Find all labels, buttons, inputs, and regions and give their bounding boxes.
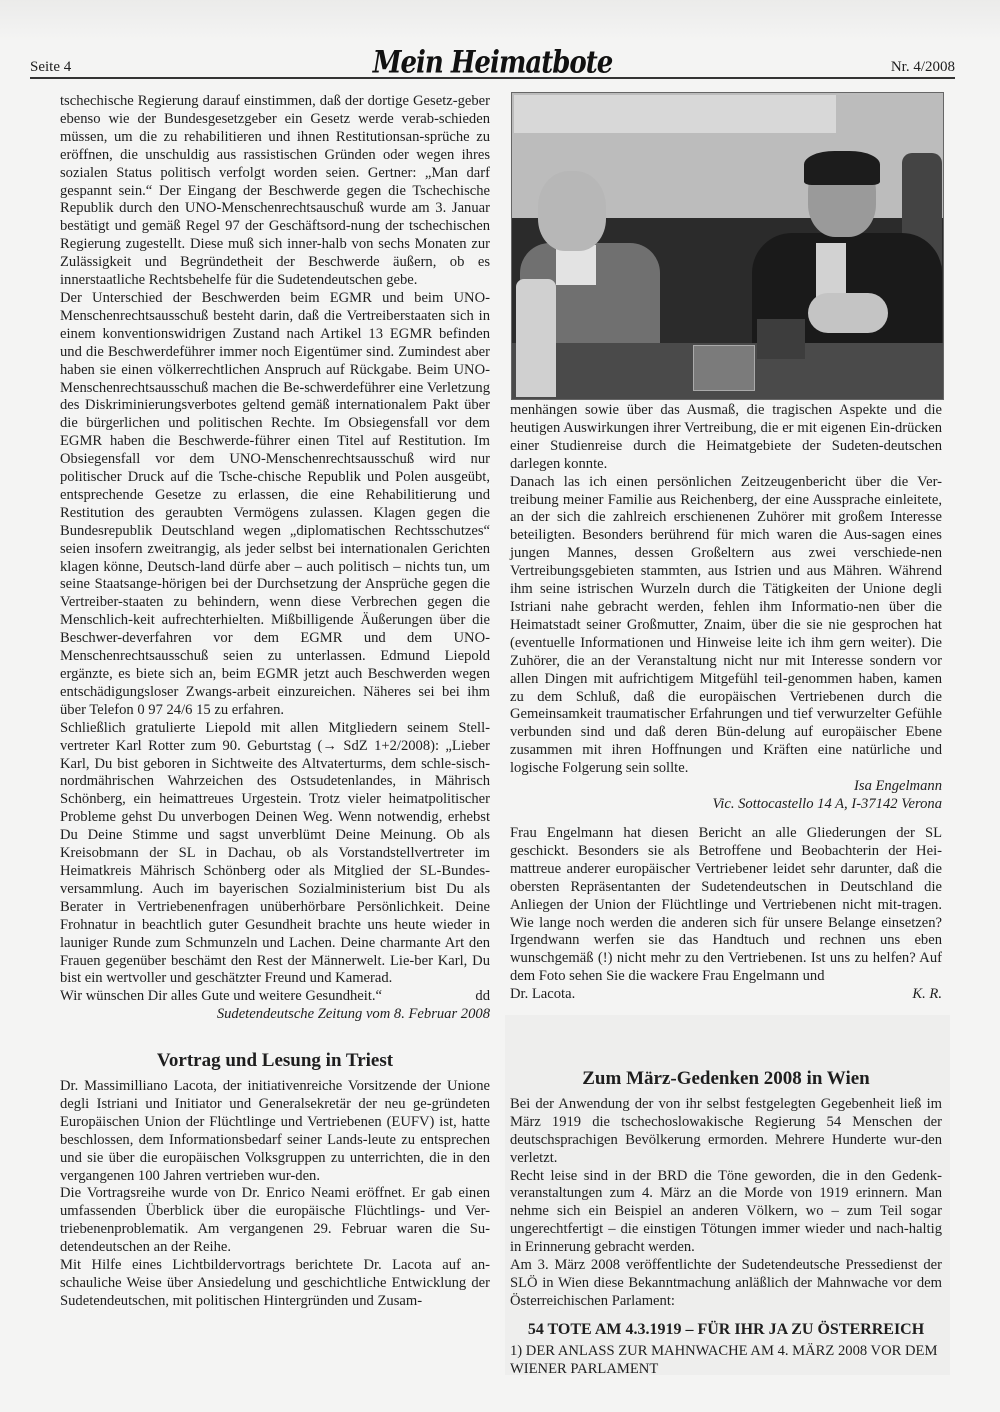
editor-initials: K. R. (912, 986, 942, 1004)
article-wien: Zum März-Gedenken 2008 in Wien Bei der A… (510, 1070, 942, 1379)
subheading: 54 TOTE AM 4.3.1919 – FÜR IHR JA ZU ÖSTE… (510, 1321, 942, 1339)
paragraph: Danach las ich einen persönlichen Zeitze… (510, 474, 942, 778)
paragraph: Mit Hilfe eines Lichtbildervortrags beri… (60, 1257, 490, 1311)
issue-number: Nr. 4/2008 (891, 59, 955, 76)
water-bottles (516, 279, 556, 397)
left-column: tschechische Regierung darauf einstimmen… (60, 93, 490, 1311)
article-title-triest: Vortrag und Lesung in Triest (60, 1052, 490, 1070)
turtleneck (556, 245, 596, 285)
author-name: Isa Engelmann (510, 778, 942, 796)
projected-map (514, 95, 836, 133)
microphone-base (757, 319, 805, 359)
right-column-continuation: menhängen sowie über das Ausmaß, die tra… (510, 402, 942, 814)
masthead-logo: Mein Heimatbote (373, 45, 613, 81)
newspaper-page: Seite 4 Mein Heimatbote Nr. 4/2008 tsche… (0, 0, 1000, 1412)
editor-note: Frau Engelmann hat diesen Bericht an all… (510, 825, 942, 1004)
man-hair (804, 151, 880, 185)
source-citation: Sudetendeutsche Zeitung vom 8. Februar 2… (60, 1006, 490, 1024)
book-on-table (693, 345, 755, 391)
paragraph: Die Vortragsreihe wurde von Dr. Enrico N… (60, 1185, 490, 1257)
editor-sign-line: Dr. Lacota. K. R. (510, 986, 942, 1004)
paragraph: Recht leise sind in der BRD die Töne gew… (510, 1168, 942, 1258)
author-address: Vic. Sottocastello 14 A, I-37142 Verona (510, 796, 942, 814)
page-header: Seite 4 Mein Heimatbote Nr. 4/2008 (30, 36, 955, 76)
paragraph: tschechische Regierung darauf einstimmen… (60, 93, 490, 290)
folded-hands (808, 293, 888, 333)
closing-text: Wir wünschen Dir alles Gute und weitere … (60, 988, 382, 1006)
paragraph: Am 3. März 2008 veröffentlichte der Sude… (510, 1257, 942, 1311)
header-divider (30, 77, 955, 79)
paragraph: Bei der Anwendung der von ihr selbst fes… (510, 1096, 942, 1168)
woman-head (538, 171, 606, 251)
page-number: Seite 4 (30, 59, 71, 76)
paragraph: Frau Engelmann hat diesen Bericht an all… (510, 825, 942, 986)
paragraph: menhängen sowie über das Ausmaß, die tra… (510, 402, 942, 474)
paragraph: Schließlich gratulierte Liepold mit alle… (60, 720, 490, 989)
list-item: 1) DER ANLASS ZUR MAHNWACHE AM 4. MÄRZ 2… (510, 1343, 942, 1379)
closing-line: Wir wünschen Dir alles Gute und weitere … (60, 988, 490, 1006)
closing-initials: dd (475, 988, 490, 1006)
editor-note-last: Dr. Lacota. (510, 986, 575, 1004)
paragraph: Dr. Massimilliano Lacota, der initiative… (60, 1078, 490, 1185)
paragraph: Der Unterschied der Beschwerden beim EGM… (60, 290, 490, 720)
article-title-wien: Zum März-Gedenken 2008 in Wien (510, 1070, 942, 1088)
article-photo (511, 92, 944, 400)
